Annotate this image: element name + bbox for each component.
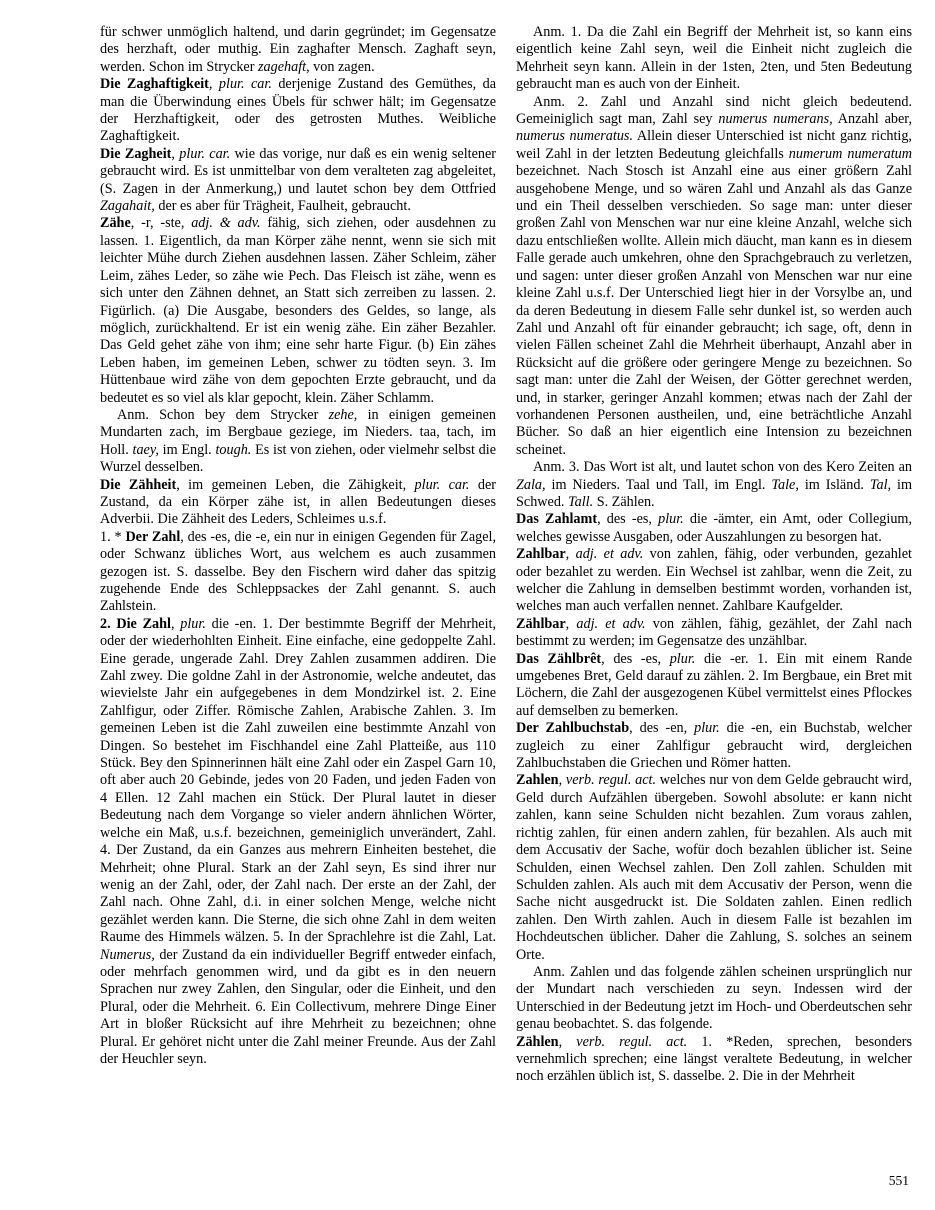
anm-2: Anm. 2. Zahl und Anzahl sind nicht gleic…: [516, 94, 912, 460]
headword: Die Zähheit: [100, 477, 176, 493]
anm-zaehe: Anm. Schon bey dem Strycker zehe, in ein…: [100, 407, 496, 477]
italic-term: verb. regul. act.: [576, 1034, 687, 1050]
italic-term: plur.: [180, 616, 206, 632]
headword: 2. Die Zahl: [100, 616, 171, 632]
headword: Die Zaghaftigkeit: [100, 76, 209, 92]
page-number: 551: [889, 1174, 909, 1188]
italic-term: adj. et adv.: [576, 616, 645, 632]
anm-1: Anm. 1. Da die Zahl ein Begriff der Mehr…: [516, 24, 912, 94]
italic-term: tough.: [215, 442, 251, 458]
entry-die-zahl: 2. Die Zahl, plur. die -en. 1. Der besti…: [100, 616, 496, 1069]
headword: Die Zagheit: [100, 146, 171, 162]
headword: Zähe: [100, 215, 131, 231]
headword: Zählbar: [516, 616, 566, 632]
text-columns: für schwer unmöglich haltend, und darin …: [100, 24, 912, 1086]
dictionary-page: für schwer unmöglich haltend, und darin …: [0, 0, 935, 1210]
italic-term: plur. car.: [219, 76, 272, 92]
entry-zahlamt: Das Zahlamt, des -es, plur. die -ämter, …: [516, 511, 912, 546]
italic-term: plur.: [694, 720, 720, 736]
italic-term: adj. et adv.: [576, 546, 644, 562]
entry-zagheit: Die Zagheit, plur. car. wie das vorige, …: [100, 146, 496, 216]
headword: Der Zahlbuchstab: [516, 720, 629, 736]
headword: Das Zählbrêt: [516, 651, 601, 667]
headword: Zählen: [516, 1034, 559, 1050]
entry-zaehlbret: Das Zählbrêt, des -es, plur. die -er. 1.…: [516, 651, 912, 721]
anm-3: Anm. 3. Das Wort ist alt, und lautet sch…: [516, 459, 912, 511]
italic-term: numerum numeratum: [789, 146, 912, 162]
entry-zaehheit: Die Zähheit, im gemeinen Leben, die Zähi…: [100, 477, 496, 529]
entry-der-zahl: 1. * Der Zahl, des -es, die -e, ein nur …: [100, 529, 496, 616]
column-right: Anm. 1. Da die Zahl ein Begriff der Mehr…: [516, 24, 912, 1086]
entry-zahlbuchstab: Der Zahlbuchstab, des -en, plur. die -en…: [516, 720, 912, 772]
italic-term: Zala,: [516, 477, 546, 493]
column-left: für schwer unmöglich haltend, und darin …: [100, 24, 496, 1086]
italic-term: plur.: [670, 651, 696, 667]
entry-zaehlen: Zählen, verb. regul. act. 1. *Reden, spr…: [516, 1034, 912, 1086]
italic-term: numerus numerans,: [718, 111, 832, 127]
entry-zaehe: Zähe, -r, -ste, adj. & adv. fähig, sich …: [100, 215, 496, 406]
italic-term: Zagahait,: [100, 198, 155, 214]
italic-term: adj. & adv.: [191, 215, 260, 231]
entry-zaehlbar: Zählbar, adj. et adv. von zählen, fähig,…: [516, 616, 912, 651]
headword: Zahlen: [516, 772, 559, 788]
italic-term: plur. car.: [415, 477, 470, 493]
italic-term: Tal,: [870, 477, 891, 493]
italic-term: numerus numeratus.: [516, 128, 633, 144]
italic-term: plur.: [658, 511, 684, 527]
italic-term: Tale,: [771, 477, 798, 493]
italic-term: taey,: [133, 442, 159, 458]
entry-zahlbar: Zahlbar, adj. et adv. von zahlen, fähig,…: [516, 546, 912, 616]
italic-term: plur. car.: [179, 146, 230, 162]
continuation-zaghaft: für schwer unmöglich haltend, und darin …: [100, 24, 496, 76]
headword: Das Zahlamt: [516, 511, 597, 527]
entry-zaghaftigkeit: Die Zaghaftigkeit, plur. car. derjenige …: [100, 76, 496, 146]
entry-zahlen: Zahlen, verb. regul. act. welches nur vo…: [516, 772, 912, 963]
anm-zahlen: Anm. Zahlen und das folgende zählen sche…: [516, 964, 912, 1034]
headword: Zahlbar: [516, 546, 566, 562]
italic-term: zehe,: [329, 407, 358, 423]
italic-term: verb. regul. act.: [566, 772, 656, 788]
italic-term: Tall.: [568, 494, 593, 510]
italic-term: zagehaft,: [258, 59, 310, 75]
headword: Der Zahl: [125, 529, 180, 545]
italic-term: Numerus,: [100, 947, 155, 963]
